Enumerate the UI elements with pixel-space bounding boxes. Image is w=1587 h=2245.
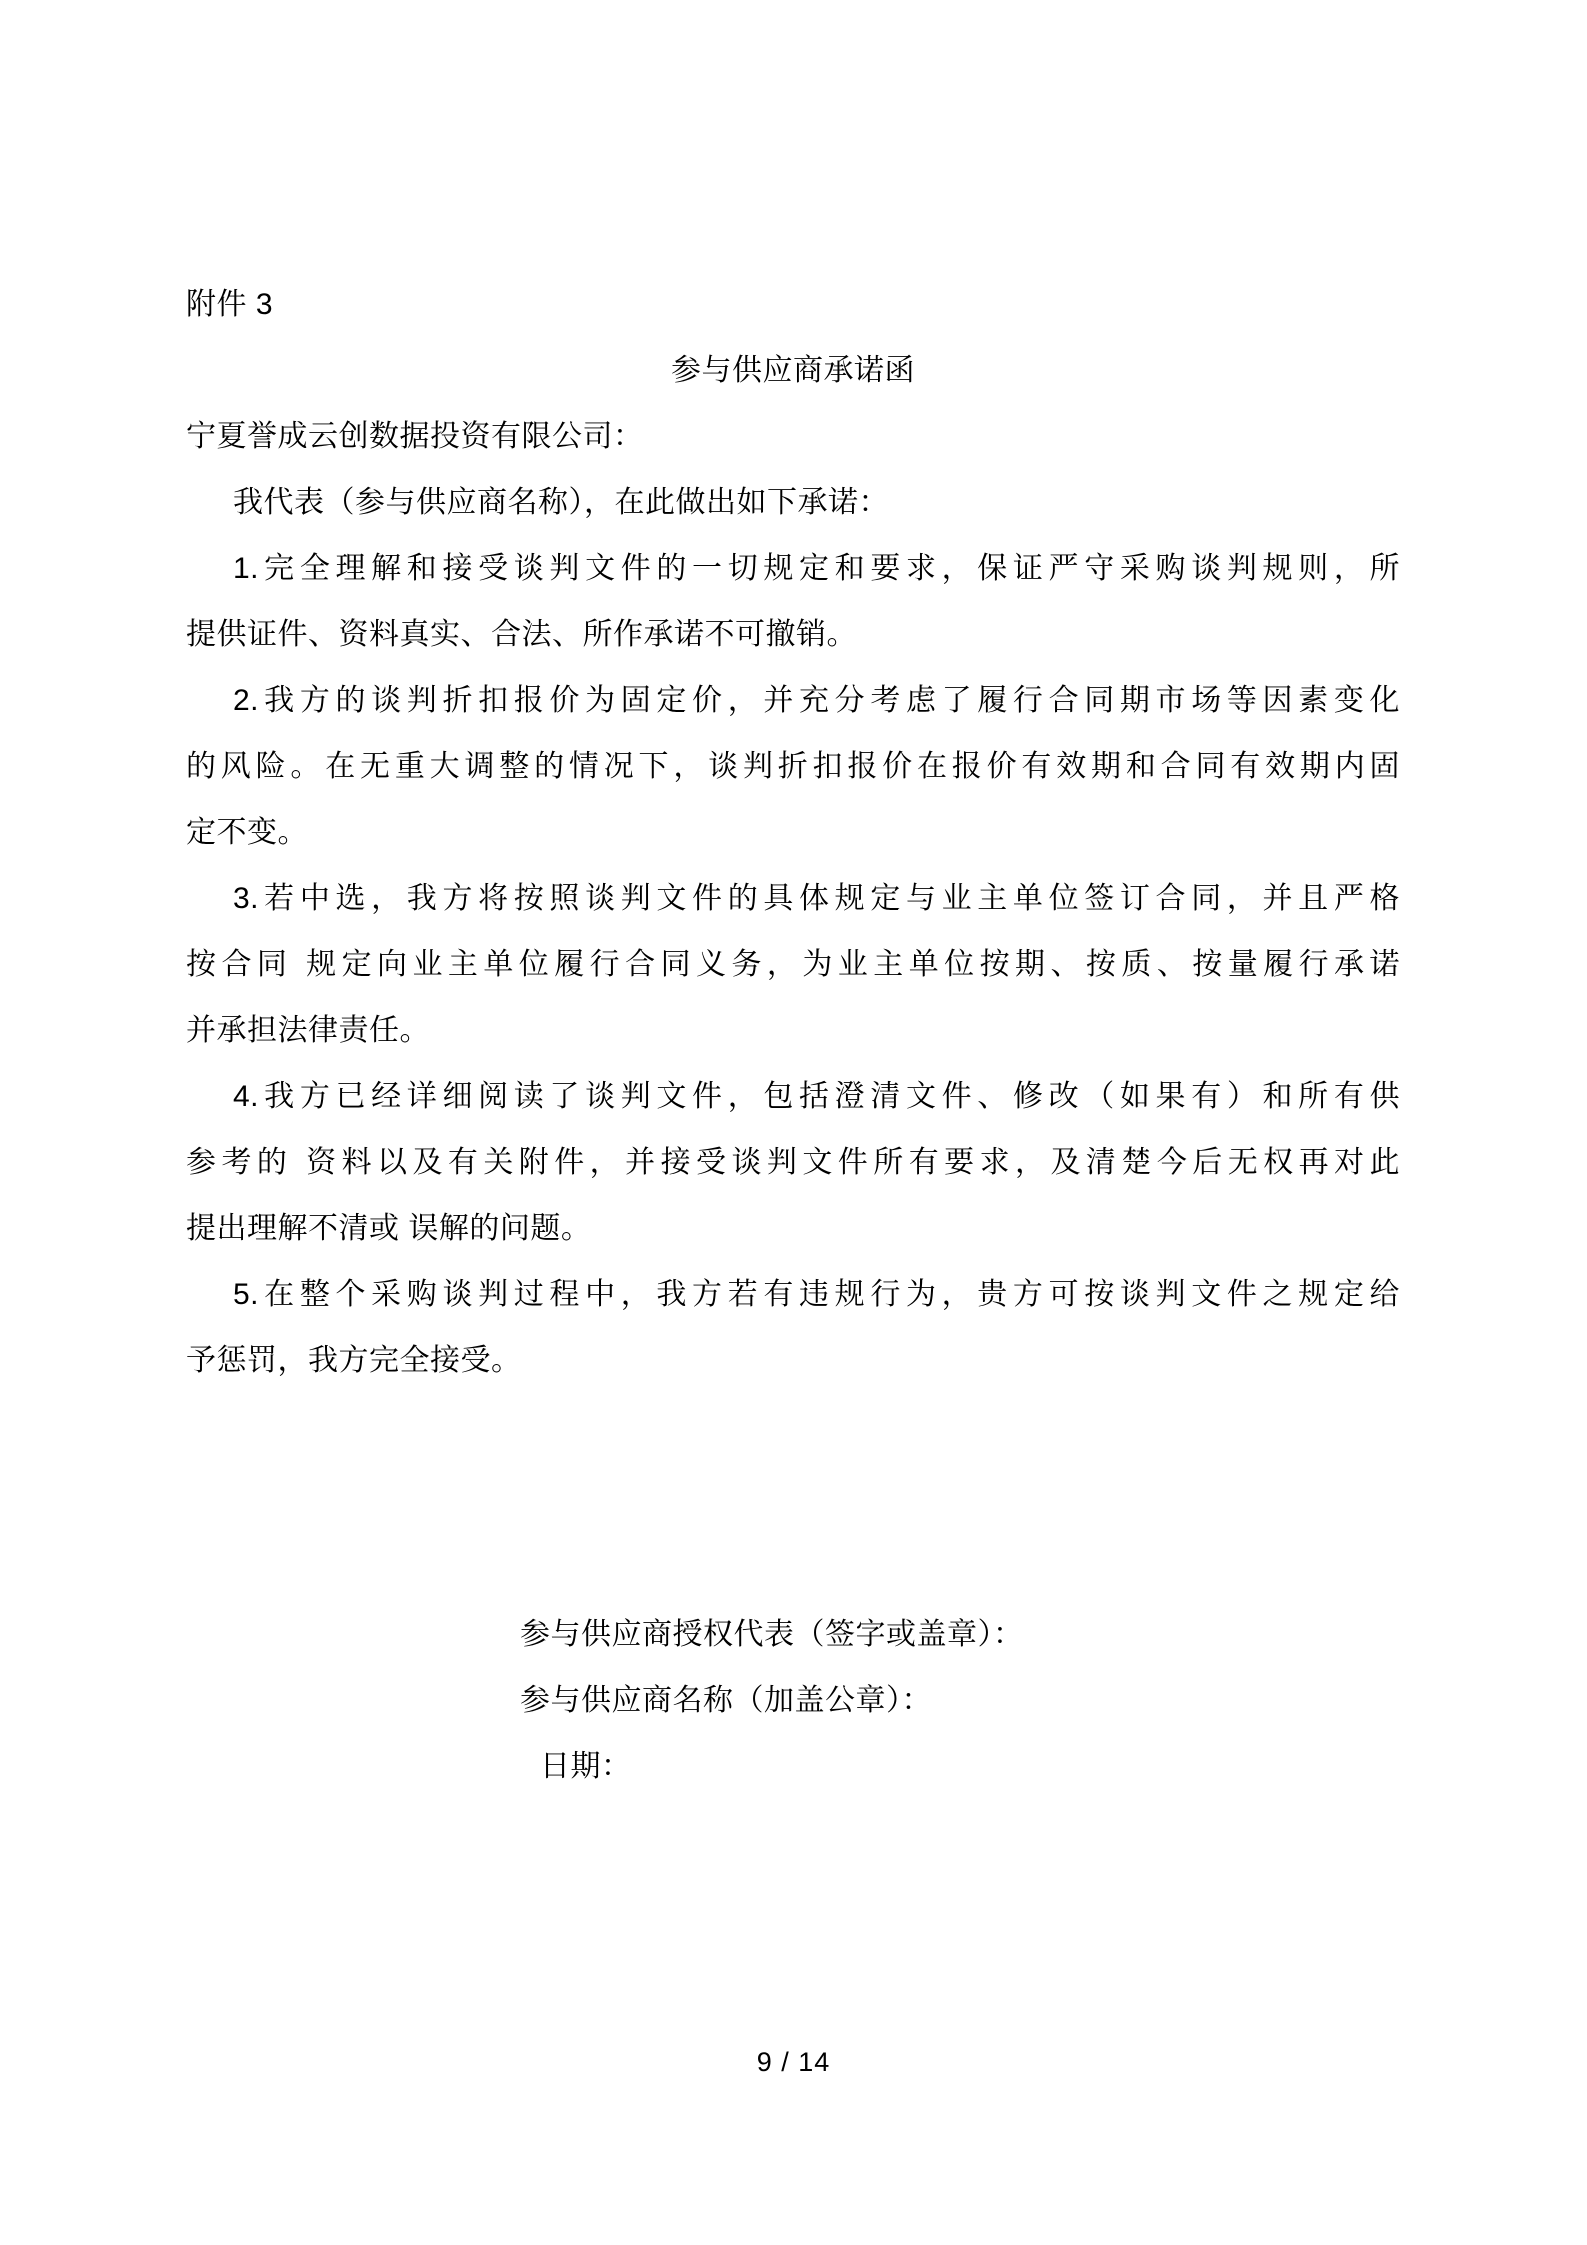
paragraph-4-line-3: 提出理解不清或 误解的问题。 <box>186 1196 1400 1262</box>
signature-block: 参与供应商授权代表（签字或盖章）： 参与供应商名称（加盖公章）： 日期： <box>520 1602 1400 1800</box>
paragraph-2-line-3: 定不变。 <box>186 800 1400 866</box>
signature-date-line: 日期： <box>520 1734 1400 1800</box>
page-number: 9 / 14 <box>0 2046 1587 2078</box>
paragraph-2-line-1: 2.我方的谈判折扣报价为固定价，并充分考虑了履行合同期市场等因素变化 <box>186 668 1400 734</box>
paragraph-1-line-2: 提供证件、资料真实、合法、所作承诺不可撤销。 <box>186 602 1400 668</box>
paragraph-1-line-1: 1.完全理解和接受谈判文件的一切规定和要求，保证严守采购谈判规则，所 <box>186 536 1400 602</box>
paragraph-3-line-2: 按合同 规定向业主单位履行合同义务，为业主单位按期、按质、按量履行承诺 <box>186 932 1400 998</box>
attachment-label: 附件 3 <box>186 272 1400 338</box>
signature-authorized-rep-line: 参与供应商授权代表（签字或盖章）： <box>520 1602 1400 1668</box>
salutation: 宁夏誉成云创数据投资有限公司： <box>186 404 1400 470</box>
intro-line: 我代表（参与供应商名称），在此做出如下承诺： <box>186 470 1400 536</box>
document-title: 参与供应商承诺函 <box>186 338 1400 404</box>
paragraph-3-line-3: 并承担法律责任。 <box>186 998 1400 1064</box>
paragraph-4-line-1: 4.我方已经详细阅读了谈判文件，包括澄清文件、修改（如果有）和所有供 <box>186 1064 1400 1130</box>
document-body: 附件 3 参与供应商承诺函 宁夏誉成云创数据投资有限公司： 我代表（参与供应商名… <box>186 272 1400 1800</box>
paragraph-5-line-1: 5.在整个采购谈判过程中，我方若有违规行为，贵方可按谈判文件之规定给 <box>186 1262 1400 1328</box>
document-page: 附件 3 参与供应商承诺函 宁夏誉成云创数据投资有限公司： 我代表（参与供应商名… <box>0 0 1587 2245</box>
paragraph-3-line-1: 3.若中选，我方将按照谈判文件的具体规定与业主单位签订合同，并且严格 <box>186 866 1400 932</box>
signature-supplier-name-line: 参与供应商名称（加盖公章）： <box>520 1668 1400 1734</box>
paragraph-4-line-2: 参考的 资料以及有关附件，并接受谈判文件所有要求，及清楚今后无权再对此 <box>186 1130 1400 1196</box>
paragraph-5-line-2: 予惩罚，我方完全接受。 <box>186 1328 1400 1394</box>
paragraph-2-line-2: 的风险。在无重大调整的情况下，谈判折扣报价在报价有效期和合同有效期内固 <box>186 734 1400 800</box>
